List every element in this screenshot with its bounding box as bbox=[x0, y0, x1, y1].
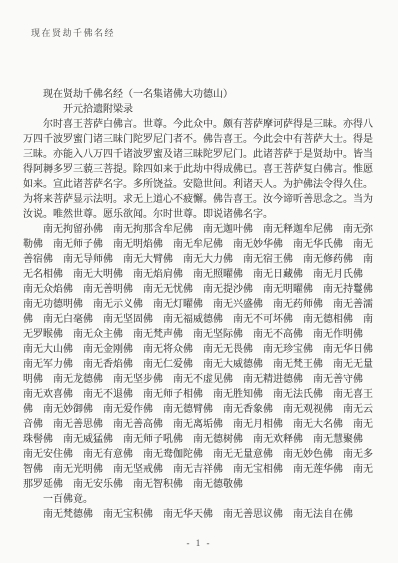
sutra-body: 现在贤劫千佛名经（一名集诸佛大功德山） 开元拾遗附梁录 尔时喜王菩萨白佛言。世尊… bbox=[23, 87, 377, 522]
running-header: 现在贤劫千佛名经 bbox=[31, 26, 115, 39]
buddha-names-second-hundred: 南无梵德佛 南无宝积佛 南无华天佛 南无善思议佛 南无法自在佛 bbox=[23, 507, 377, 522]
buddha-names-first-hundred: 南无拘留孙佛 南无拘那含牟尼佛 南无迦叶佛 南无释迦牟尼佛 南无弥勒佛 南无师子… bbox=[23, 222, 377, 492]
intro-paragraph: 尔时喜王菩萨白佛言。世尊。今此众中。颇有菩萨摩诃萨得是三昧。亦得八万四千波罗蜜门… bbox=[23, 117, 377, 222]
page-number: - 1 - bbox=[0, 538, 398, 548]
first-hundred-end-marker: 一百佛竟。 bbox=[23, 492, 377, 507]
scanned-sutra-page: 现在贤劫千佛名经 现在贤劫千佛名经（一名集诸佛大功德山） 开元拾遗附梁录 尔时喜… bbox=[0, 0, 398, 563]
catalog-note: 开元拾遗附梁录 bbox=[23, 102, 377, 117]
sutra-title: 现在贤劫千佛名经（一名集诸佛大功德山） bbox=[23, 87, 377, 102]
